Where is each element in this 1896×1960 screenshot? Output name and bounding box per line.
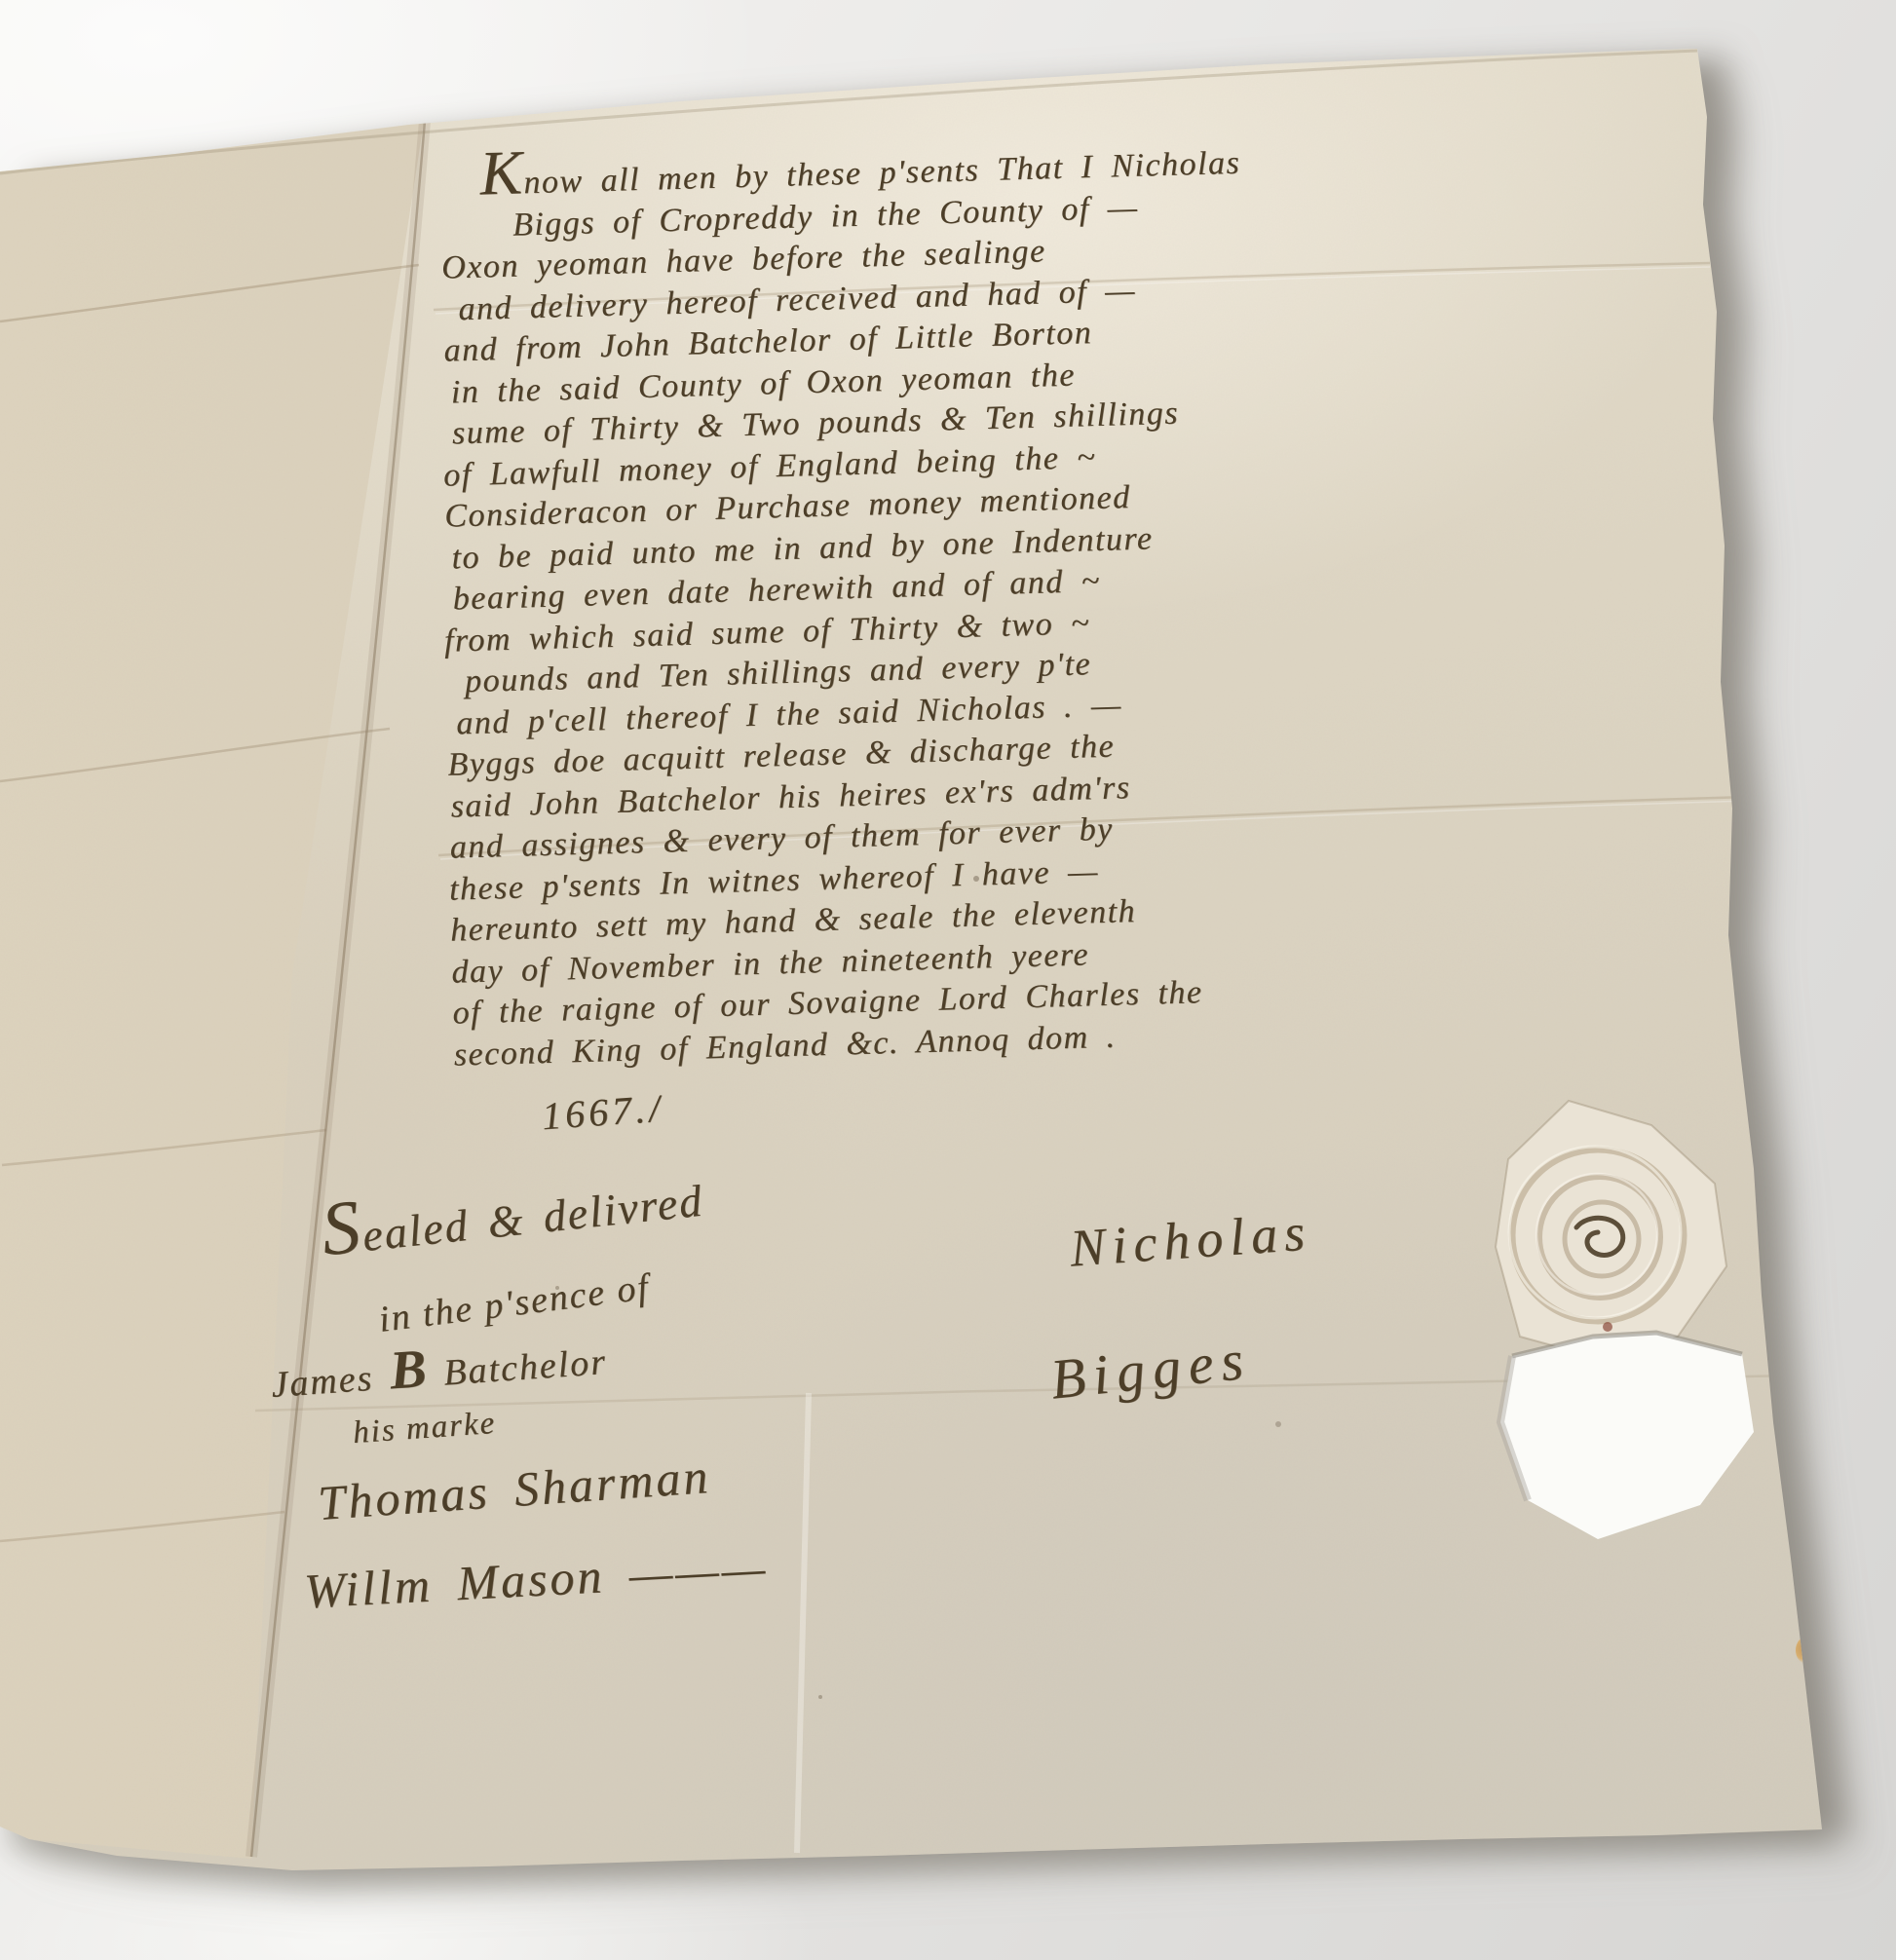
witness-first-name: James bbox=[270, 1358, 375, 1406]
witness-thomas-sharman: Thomas Sharman bbox=[316, 1448, 712, 1531]
seal-red-speck bbox=[1603, 1322, 1612, 1332]
year-line: 1667./ bbox=[541, 1085, 665, 1140]
witness-surname: Batchelor bbox=[442, 1341, 608, 1394]
document-paper-wrapper: Know all men by these p'sents That I Nic… bbox=[0, 0, 1896, 1960]
body-text: Know all men by these p'sents That I Nic… bbox=[429, 122, 1662, 1075]
signature-bigges: Bigges bbox=[1047, 1326, 1254, 1412]
document-paper: Know all men by these p'sents That I Nic… bbox=[0, 0, 1896, 1960]
ink-specks bbox=[672, 468, 676, 471]
paper-stain bbox=[1796, 1637, 1817, 1664]
attestation-line-2: in the p'sence of bbox=[376, 1265, 652, 1341]
witness-mark-note: his marke bbox=[352, 1406, 497, 1451]
wax-seal bbox=[1461, 1072, 1793, 1559]
witness-james-batchelor: James B Batchelor bbox=[270, 1340, 608, 1407]
page-crease-line bbox=[797, 1393, 809, 1853]
witness-mark: B bbox=[388, 1338, 429, 1401]
witness-willm-mason: Willm Mason ——— bbox=[303, 1539, 770, 1620]
signature-nicholas: Nicholas bbox=[1068, 1201, 1313, 1278]
torn-hole bbox=[1500, 1333, 1754, 1539]
manuscript-photo: { "manuscript": { "body_lines": [ "Know … bbox=[0, 0, 1896, 1960]
attestation-line-1: Sealed & delivred bbox=[320, 1171, 705, 1266]
